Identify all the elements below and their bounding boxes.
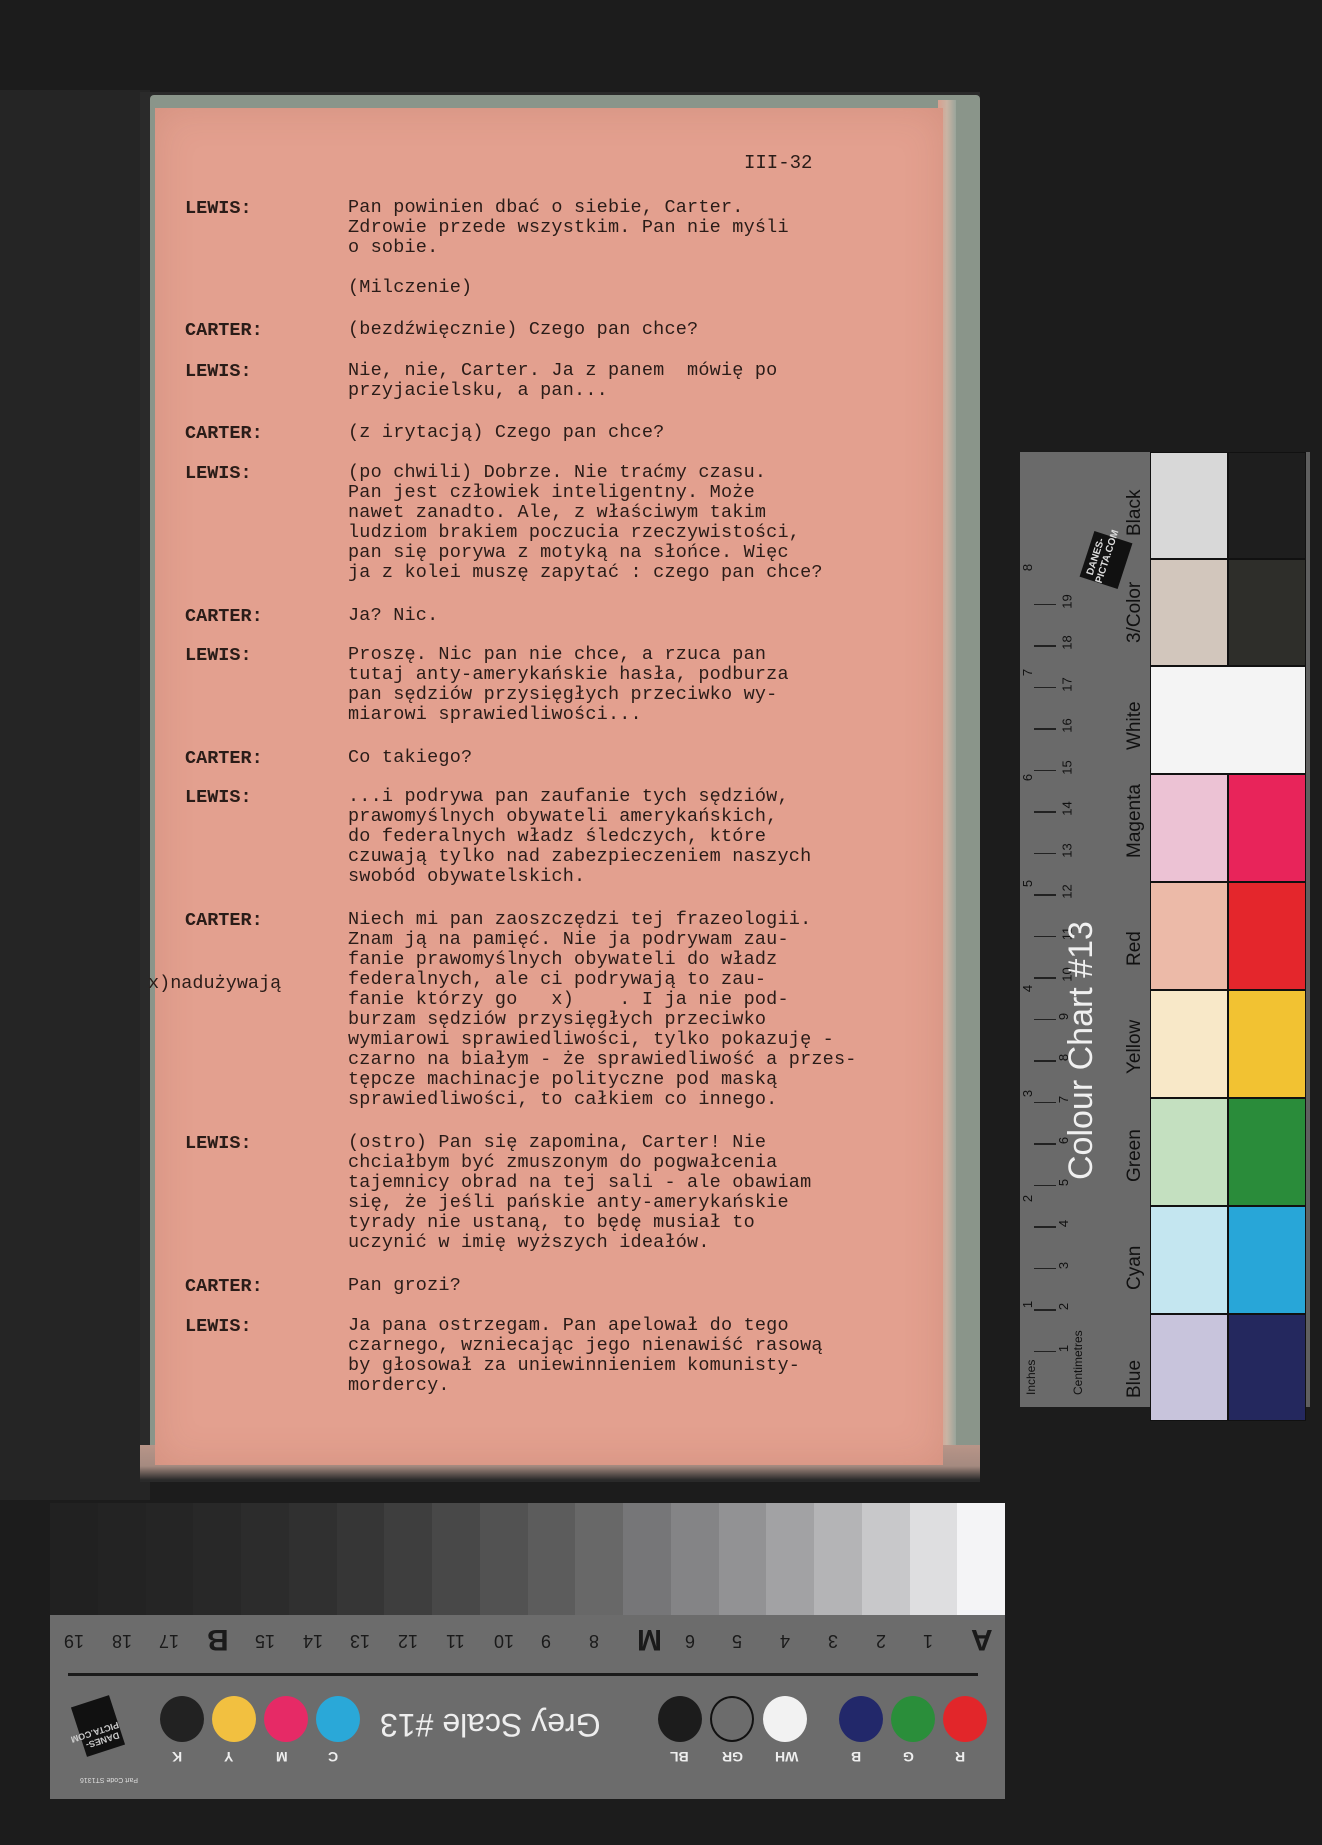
dialogue-line: czarnego, wzniecając jego nienawiść raso… [348,1336,823,1356]
grey-step [384,1503,432,1615]
speaker-label: CARTER: [185,606,263,627]
dialogue-line: swobód obywatelskich. [348,867,811,887]
ruler-tick [1034,894,1056,896]
swatch-green-light [1150,1098,1228,1206]
dot-label: WH [775,1749,798,1765]
grey-step [719,1503,767,1615]
grey-step [50,1503,98,1615]
dot-label: C [328,1749,338,1765]
speaker-label: LEWIS: [185,1316,252,1337]
inch-tick-label: 4 [1020,985,1035,992]
patch-label: Cyan [1124,1246,1146,1290]
dialogue-line: miarowi sprawiedliwości... [348,705,789,725]
cm-tick-label: 13 [1060,843,1075,857]
grey-step [862,1503,910,1615]
grey-step [241,1503,289,1615]
dialogue-line: by głosował za uniewinnieniem komunisty- [348,1356,823,1376]
inch-tick-label: 7 [1020,669,1035,676]
grey-step [146,1503,194,1615]
swatch-green-dark [1228,1098,1306,1206]
dialogue-line: Proszę. Nic pan nie chce, a rzuca pan [348,645,789,665]
grey-step-label: 4 [780,1630,790,1651]
cm-tick-label: 14 [1060,801,1075,815]
dot-b [839,1696,883,1742]
grey-step-label: 15 [255,1630,275,1651]
grey-step-label: 5 [732,1630,742,1651]
grey-step [910,1503,958,1615]
grey-step-label: 9 [541,1630,551,1651]
ruler-tick [1034,687,1056,689]
dialogue-text: (po chwili) Dobrze. Nie traćmy czasu.Pan… [348,463,823,583]
grey-step-label: 1 [923,1630,933,1651]
patch-label: 3/Color [1124,581,1146,642]
dialogue-line: (z irytacją) Czego pan chce? [348,423,664,443]
ruler-tick [1034,770,1056,772]
dialogue-line: Pan jest człowiek inteligentny. Może [348,483,823,503]
ruler-tick [1034,853,1056,855]
dialogue-line: fanie którzy go x) . I ja nie pod- [348,990,857,1010]
margin-note: x)nadużywają [148,973,281,994]
dialogue-text: Co takiego? [348,748,472,768]
patch-label: Yellow [1124,1020,1146,1074]
swatch-red-dark [1228,882,1306,990]
dialogue-line: pan się porywa z motyką na słońce. Więc [348,543,823,563]
dot-label: Y [224,1749,233,1765]
grey-step [432,1503,480,1615]
grey-step [957,1503,1005,1615]
swatch-yellow-light [1150,990,1228,1098]
swatch-black-dark [1228,452,1306,559]
dialogue-text: Nie, nie, Carter. Ja z panem mówię poprz… [348,361,777,401]
dialogue-line: tyrady nie ustaną, to będę musiał to [348,1213,811,1233]
dot-y [212,1696,256,1742]
dialogue-line: czuwają tylko nad zabezpieczeniem naszyc… [348,847,811,867]
dialogue-line: o sobie. [348,238,789,258]
inch-tick-label: 2 [1020,1195,1035,1202]
dot-label: R [955,1749,965,1765]
dialogue-line: tajemnicy obrad na tej sali - ale obawia… [348,1173,811,1193]
dialogue-text: (Milczenie) [348,278,472,298]
speaker-label: CARTER: [185,1276,263,1297]
inch-tick-label: 8 [1020,563,1035,570]
grey-step [575,1503,623,1615]
dialogue-text: Pan grozi? [348,1276,461,1296]
ruler-tick [1034,1060,1056,1062]
grey-step-label: 19 [64,1630,84,1651]
dialogue-line: tępcze machinacje polityczne pod maską [348,1070,857,1090]
grey-step-label: 10 [494,1630,514,1651]
dialogue-line: nawet zanadto. Ale, z właściwym takim [348,503,823,523]
dialogue-text: Ja pana ostrzegam. Pan apelował do tegoc… [348,1316,823,1396]
grey-step-label: 12 [398,1630,418,1651]
patch-label: Green [1124,1129,1146,1182]
grey-step-label: 17 [159,1630,179,1651]
patch-label: Blue [1124,1359,1146,1397]
dialogue-line: Ja pana ostrzegam. Pan apelował do tego [348,1316,823,1336]
danes-picta-logo: DANES-PICTA.COM [71,1695,125,1757]
swatch-blue-dark [1228,1314,1306,1421]
grey-step [193,1503,241,1615]
dialogue-line: burzam sędziów przysięgłych przeciwko [348,1010,857,1030]
grey-step [814,1503,862,1615]
patch-label: Black [1124,489,1146,535]
dot-r [943,1696,987,1742]
speaker-label: LEWIS: [185,198,252,219]
speaker-label: LEWIS: [185,361,252,382]
grey-step-label: 11 [446,1630,465,1651]
swatch-cyan-dark [1228,1206,1306,1314]
dot-bl [658,1696,702,1742]
ruler-tick [1034,728,1056,730]
dialogue-text: Proszę. Nic pan nie chce, a rzuca pantut… [348,645,789,725]
grey-step-labels: A123456M89101112131415B171819 [50,1618,1005,1668]
speaker-label: CARTER: [185,320,263,341]
grey-step [528,1503,576,1615]
dialogue-line: sprawiedliwości, to całkiem co innego. [348,1090,857,1110]
speaker-label: CARTER: [185,910,263,931]
dialogue-line: przyjacielsku, a pan... [348,381,777,401]
dialogue-line: fanie prawomyślnych obywateli do władz [348,950,857,970]
cm-tick-label: 3 [1056,1261,1071,1268]
inch-tick-label: 3 [1020,1090,1035,1097]
grey-step-label: 2 [876,1630,886,1651]
grey-step-label: 18 [112,1630,132,1651]
dialogue-text: (z irytacją) Czego pan chce? [348,423,664,443]
dialogue-line: (bezdźwięcznie) Czego pan chce? [348,320,698,340]
dialogue-line: (ostro) Pan się zapomina, Carter! Nie [348,1133,811,1153]
ruler-tick [1034,1226,1056,1228]
inch-tick-label: 6 [1020,774,1035,781]
grey-step-label: 14 [303,1630,323,1651]
dot-gr [710,1696,754,1742]
swatch-cyan-light [1150,1206,1228,1314]
dot-k [160,1696,204,1742]
dialogue-line: pan sędziów przysięgłych przeciwko wy- [348,685,789,705]
cm-tick-label: 18 [1060,635,1075,649]
dot-label: B [851,1749,861,1765]
dialogue-line: uczynić w imię wyższych ideałów. [348,1233,811,1253]
grey-step-label: 6 [685,1630,695,1651]
centimetres-label: Centimetres [1071,1330,1085,1395]
dialogue-line: Co takiego? [348,748,472,768]
speaker-label: LEWIS: [185,463,252,484]
dialogue-line: Pan grozi? [348,1276,461,1296]
swatch-blue-light [1150,1314,1228,1421]
page-number: III-32 [744,152,812,174]
grey-step [623,1503,671,1615]
dot-label: G [903,1749,914,1765]
dialogue-text: Pan powinien dbać o siebie, Carter.Zdrow… [348,198,789,258]
speaker-label: LEWIS: [185,1133,252,1154]
speaker-label: CARTER: [185,423,263,444]
dot-wh [763,1696,807,1742]
dialogue-text: Niech mi pan zaoszczędzi tej frazeologii… [348,910,857,1110]
dialogue-line: do federalnych władz śledczych, które [348,827,811,847]
ruler-tick [1034,977,1056,979]
swatch-red-light [1150,882,1228,990]
grey-step [671,1503,719,1615]
grey-scale-title: Grey Scale #13 [380,1706,601,1743]
cm-tick-label: 12 [1060,884,1075,898]
dot-label: M [276,1749,288,1765]
ruler-tick [1034,1309,1056,1311]
grey-step [98,1503,146,1615]
ruler-tick [1034,1019,1056,1021]
dialogue-line: się, że jeśli pańskie anty-amerykańskie [348,1193,811,1213]
colour-chart-title: Colour Chart #13 [1062,921,1101,1180]
swatch-white [1150,666,1306,774]
grey-step-label: 13 [350,1630,370,1651]
cm-tick-label: 15 [1060,760,1075,774]
dialogue-line: (Milczenie) [348,278,472,298]
grey-step-label: A [971,1622,993,1656]
dialogue-text: ...i podrywa pan zaufanie tych sędziów,p… [348,787,811,887]
dialogue-line: Ja? Nic. [348,606,438,626]
grey-step-label: B [207,1622,229,1656]
dot-label: GR [722,1749,743,1765]
ruler-tick [1034,1185,1056,1187]
grey-steps [50,1503,1005,1615]
speaker-label: CARTER: [185,748,263,769]
dot-m [264,1696,308,1742]
swatch-magenta-dark [1228,774,1306,882]
dialogue-line: Pan powinien dbać o siebie, Carter. [348,198,789,218]
speaker-label: LEWIS: [185,787,252,808]
dialogue-line: (po chwili) Dobrze. Nie traćmy czasu. [348,463,823,483]
speaker-label: LEWIS: [185,645,252,666]
dialogue-line: wymiarowi sprawiedliwości, tylko pokazuj… [348,1030,857,1050]
swatch-magenta-light [1150,774,1228,882]
grey-scale: A123456M89101112131415B171819 RGBWHGRBLC… [50,1503,1005,1799]
inch-tick-label: 5 [1020,879,1035,886]
dialogue-line: Niech mi pan zaoszczędzi tej frazeologii… [348,910,857,930]
dialogue-line: Nie, nie, Carter. Ja z panem mówię po [348,361,777,381]
part-code: Part Code ST1316 [80,1775,138,1783]
cm-tick-label: 4 [1056,1220,1071,1227]
dialogue-text: Ja? Nic. [348,606,438,626]
cm-tick-label: 1 [1056,1344,1071,1351]
ruler-tick [1034,645,1056,647]
grey-step [480,1503,528,1615]
patch-label: Red [1124,931,1146,966]
dialogue-line: federalnych, ale ci podrywają to zau- [348,970,857,990]
grey-step [289,1503,337,1615]
dialogue-text: (ostro) Pan się zapomina, Carter! Niechc… [348,1133,811,1253]
dialogue-line: Znam ją na pamięć. Nie ja podrywam zau- [348,930,857,950]
swatch-yellow-dark [1228,990,1306,1098]
ruler-tick [1034,811,1056,813]
cm-tick-label: 16 [1060,718,1075,732]
cm-tick-label: 2 [1056,1303,1071,1310]
dialogue-text: (bezdźwięcznie) Czego pan chce? [348,320,698,340]
grey-step-label: 8 [589,1630,599,1651]
dot-g [891,1696,935,1742]
ruler-tick [1034,1102,1056,1104]
colour-swatches [1150,452,1308,1407]
swatch-black-light [1150,452,1228,559]
ruler-tick [1034,1143,1056,1145]
grey-step-label: M [637,1622,662,1656]
dot-label: BL [670,1749,689,1765]
dialogue-line: czarno na białym - że sprawiedliwość a p… [348,1050,857,1070]
inch-tick-label: 1 [1020,1301,1035,1308]
grey-step-label: 3 [828,1630,838,1651]
ruler-tick [1034,1351,1056,1353]
dot-label: K [172,1749,182,1765]
cm-tick-label: 19 [1060,594,1075,608]
ruler-tick [1034,604,1056,606]
swatch-3-color-dark [1228,559,1306,666]
ruler-tick [1034,936,1056,938]
ruler-tick [1034,1268,1056,1270]
dialogue-line: tutaj anty-amerykańskie hasła, podburza [348,665,789,685]
patch-label: Magenta [1124,784,1146,858]
dialogue-line: chciałbym być zmuszonym do pogwałcenia [348,1153,811,1173]
dialogue-line: ...i podrywa pan zaufanie tych sędziów, [348,787,811,807]
grey-step [337,1503,385,1615]
inches-label: Inches [1024,1360,1038,1395]
grey-step [766,1503,814,1615]
dialogue-line: ja z kolei muszę zapytać : czego pan chc… [348,563,823,583]
dialogue-line: prawomyślnych obywateli amerykańskich, [348,807,811,827]
patch-label: White [1124,701,1146,750]
dialogue-line: Zdrowie przede wszystkim. Pan nie myśli [348,218,789,238]
dialogue-line: mordercy. [348,1376,823,1396]
dot-c [316,1696,360,1742]
backdrop-left [0,90,150,1500]
cm-tick-label: 17 [1060,677,1075,691]
dialogue-line: ludziom brakiem poczucia rzeczywistości, [348,523,823,543]
swatch-3-color-light [1150,559,1228,666]
grey-scale-rule [68,1673,978,1676]
